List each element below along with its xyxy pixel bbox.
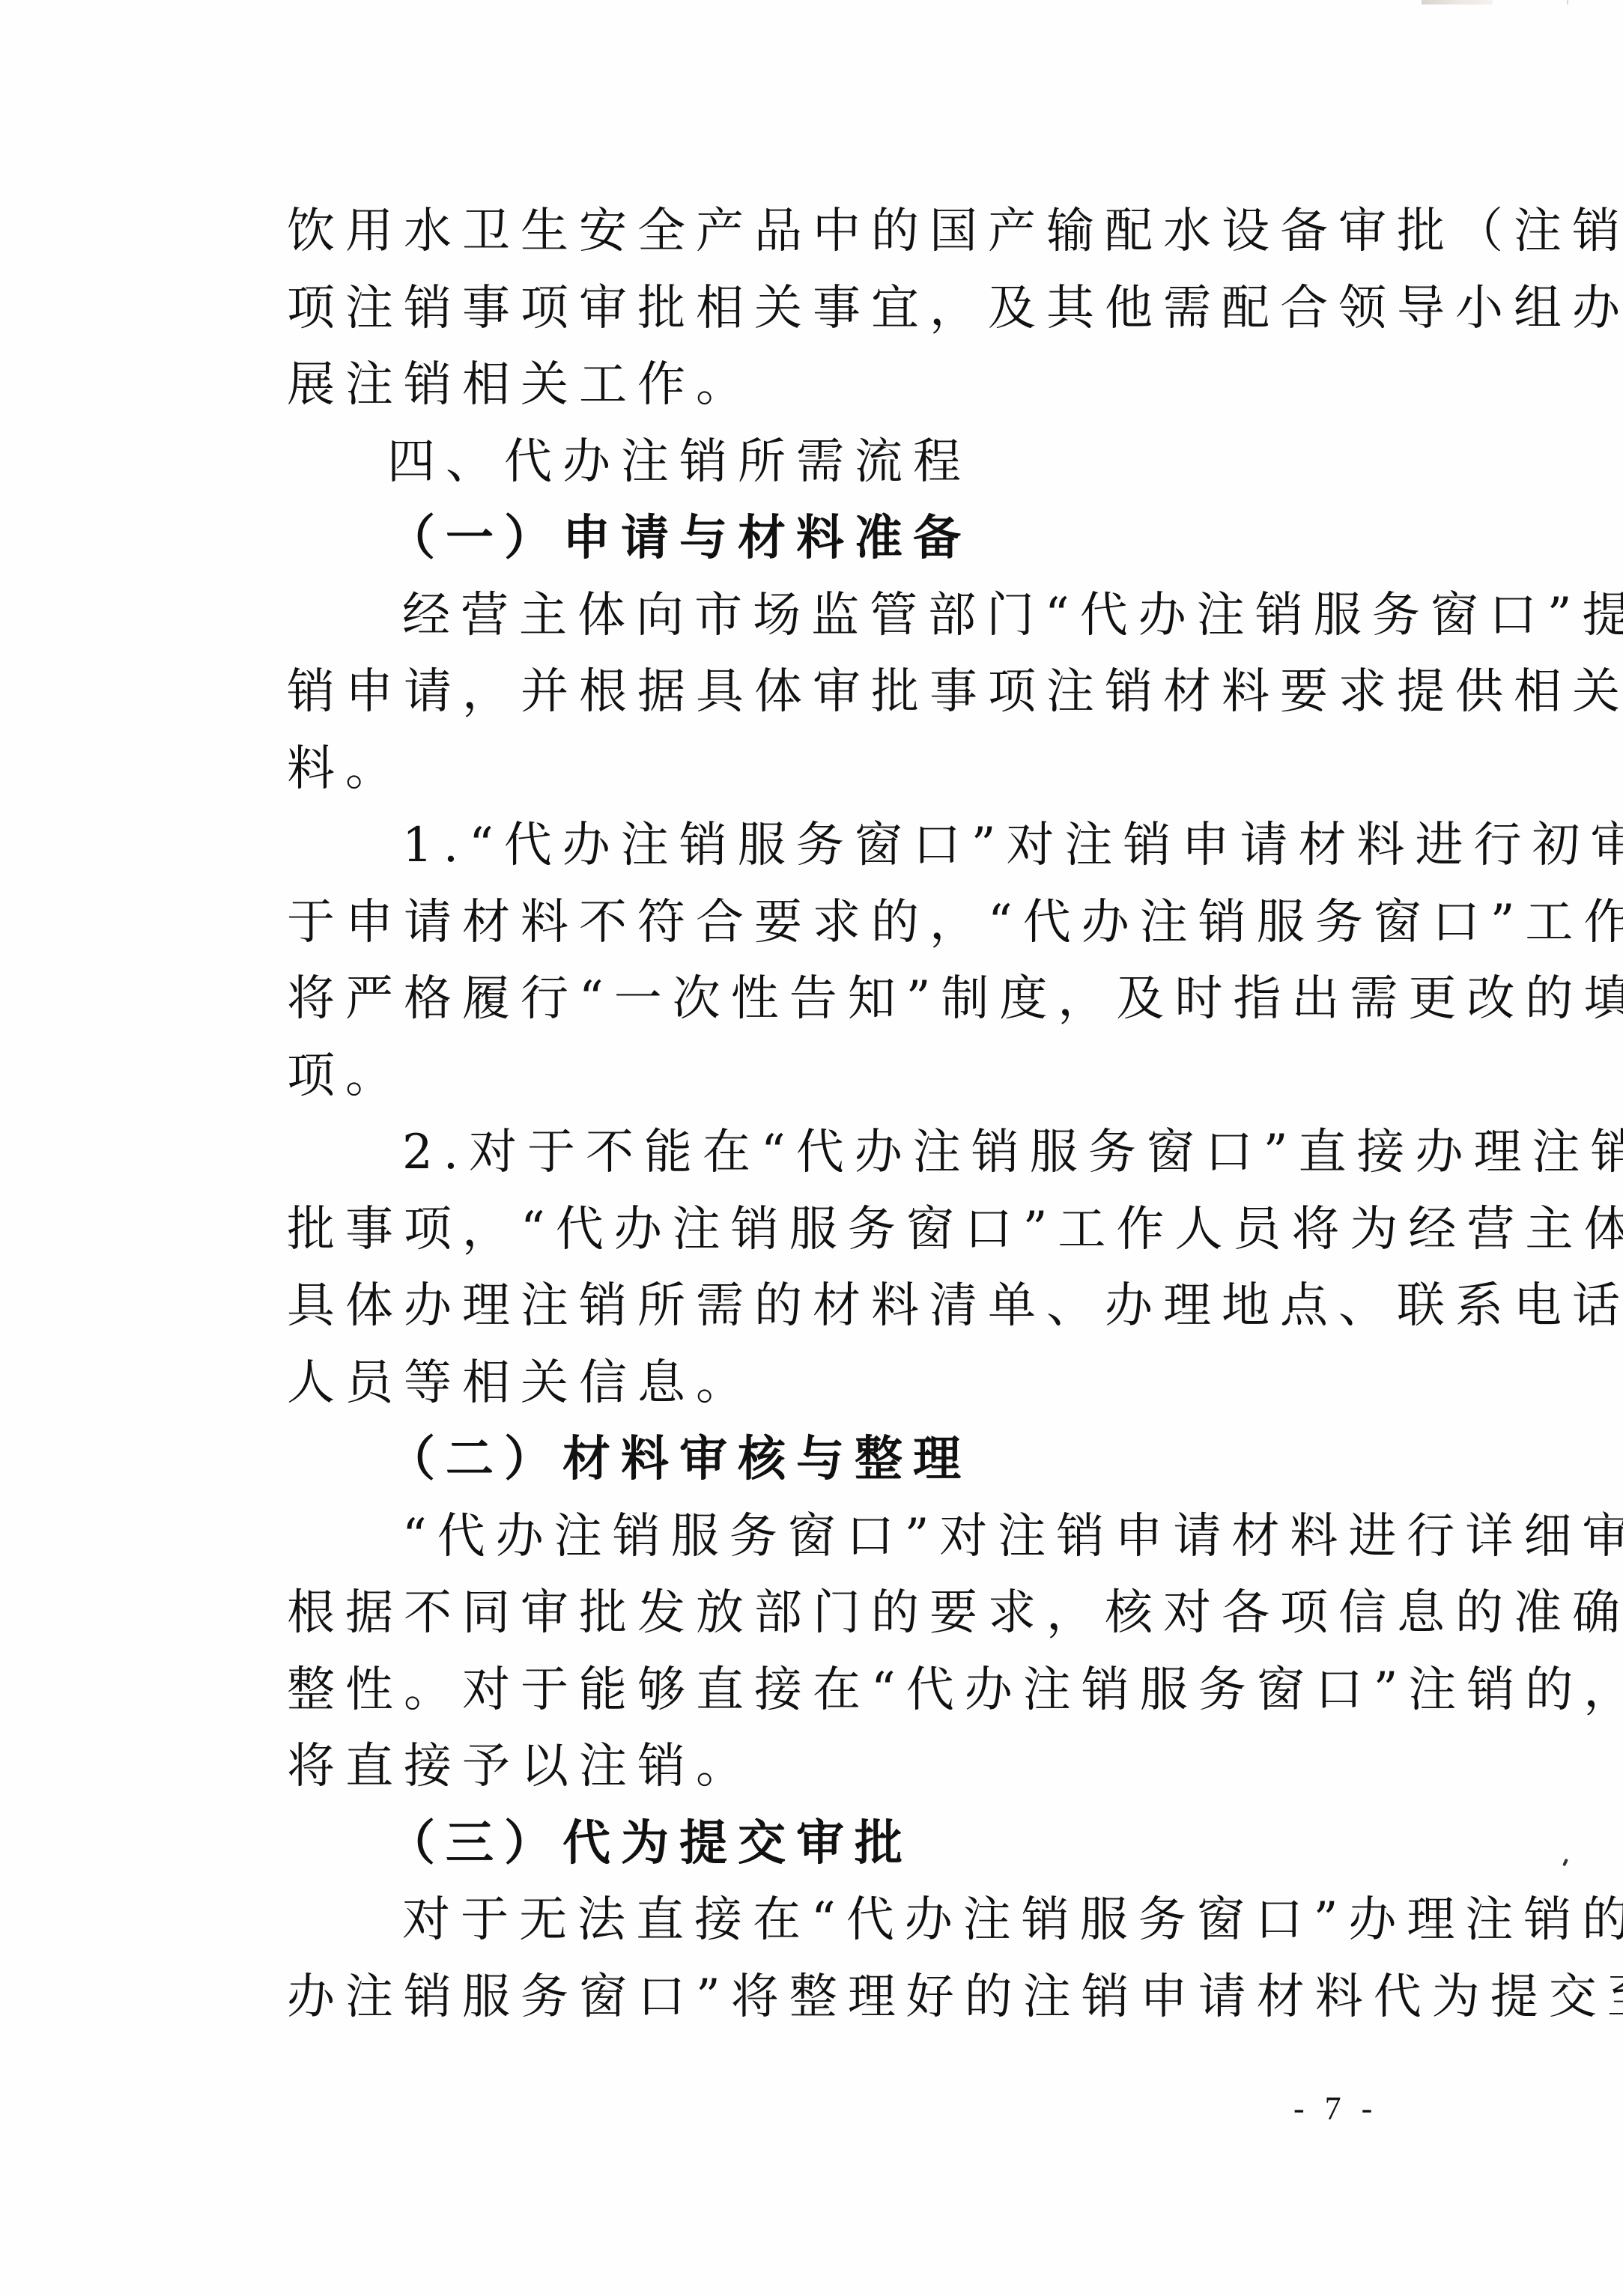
- scan-artifact: [1422, 0, 1493, 4]
- subsection-heading: （一）申请与材料准备: [287, 500, 1343, 577]
- body-line: 展注销相关工作。: [287, 347, 1343, 424]
- body-line: 将严格履行“一次性告知”制度，及时指出需更改的填报事: [287, 961, 1343, 1038]
- paragraph-first-line: 2.对于不能在“代办注销服务窗口”直接办理注销的审: [287, 1114, 1343, 1191]
- subsection-heading: （三）代为提交审批: [287, 1805, 1343, 1883]
- body-line: 批事项，“代办注销服务窗口”工作人员将为经营主体提供: [287, 1191, 1343, 1269]
- body-line: 具体办理注销所需的材料清单、办理地点、联系电话、办理: [287, 1268, 1343, 1345]
- body-line: 人员等相关信息。: [287, 1345, 1343, 1422]
- paragraph-first-line: 1.“代办注销服务窗口”对注销申请材料进行初审。对: [287, 807, 1343, 884]
- body-line: 饮用水卫生安全产品中的国产输配水设备审批（注销）等 13: [287, 193, 1343, 270]
- body-line: 整性。对于能够直接在“代办注销服务窗口”注销的，窗口: [287, 1652, 1343, 1729]
- scan-speck: [1562, 1859, 1568, 1867]
- body-line: 办注销服务窗口”将整理好的注销申请材料代为提交至相关: [287, 1959, 1343, 2036]
- body-line: 项注销事项审批相关事宜，及其他需配合领导小组办公室开: [287, 270, 1343, 347]
- body-line: 将直接予以注销。: [287, 1728, 1343, 1805]
- body-line: 于申请材料不符合要求的，“代办注销服务窗口”工作人员: [287, 884, 1343, 962]
- paragraph-first-line: 经营主体向市场监管部门“代办注销服务窗口”提交注: [287, 577, 1343, 655]
- subsection-heading: （二）材料审核与整理: [287, 1421, 1343, 1498]
- paragraph-first-line: 对于无法直接在“代办注销服务窗口”办理注销的，“代: [287, 1882, 1343, 1959]
- body-line: 料。: [287, 731, 1343, 808]
- paragraph-first-line: “代办注销服务窗口”对注销申请材料进行详细审核，: [287, 1498, 1343, 1576]
- body-line: 根据不同审批发放部门的要求，核对各项信息的准确性和完: [287, 1575, 1343, 1652]
- document-page: 饮用水卫生安全产品中的国产输配水设备审批（注销）等 13 项注销事项审批相关事宜…: [0, 0, 1623, 2296]
- document-body: 饮用水卫生安全产品中的国产输配水设备审批（注销）等 13 项注销事项审批相关事宜…: [287, 193, 1343, 2035]
- body-line: 销申请，并根据具体审批事项注销材料要求提供相关申请材: [287, 654, 1343, 731]
- section-heading: 四、代办注销所需流程: [287, 424, 1343, 501]
- body-line: 项。: [287, 1038, 1343, 1115]
- scan-artifact-line: [1567, 0, 1568, 4]
- page-number: - 7 -: [1293, 2089, 1378, 2128]
